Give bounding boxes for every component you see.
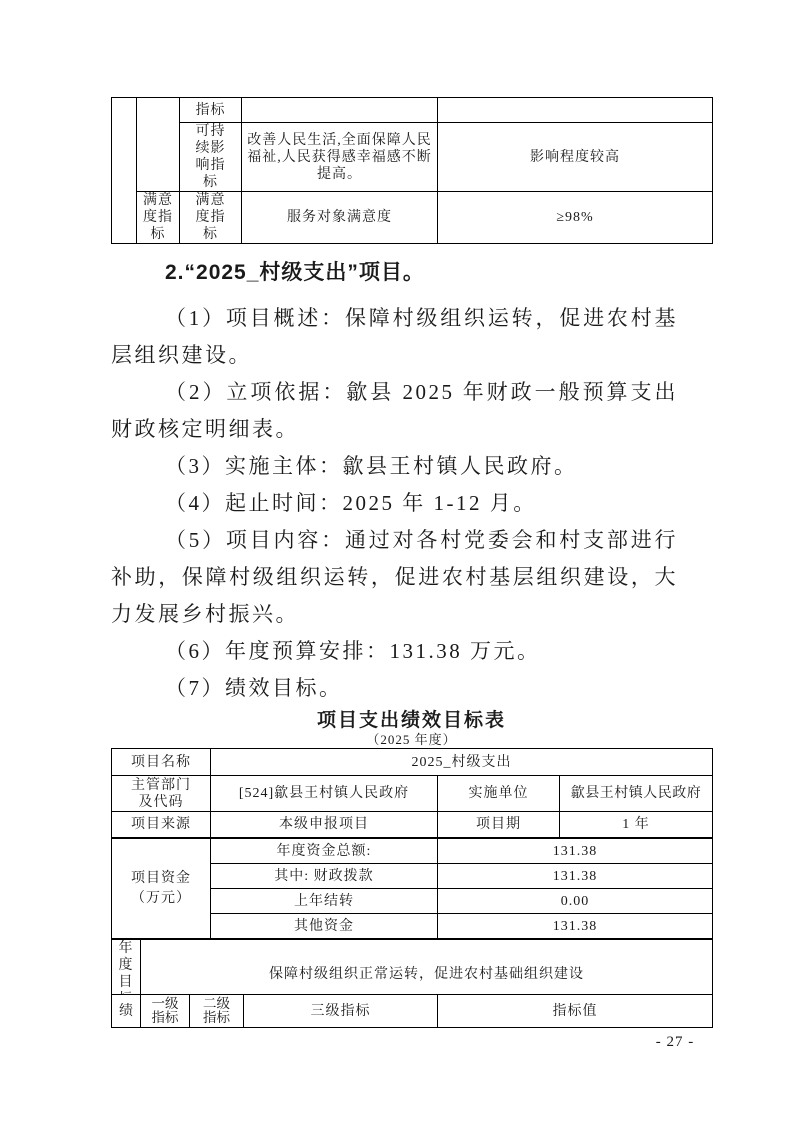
paragraph-performance-goal: （7）绩效目标。 bbox=[111, 670, 678, 707]
t1-left-spacer-cell bbox=[112, 98, 137, 244]
paragraph-project-overview: （1）项目概述：保障村级组织运转，促进农村基层组织建设。 bbox=[111, 300, 678, 374]
funds-total-value-cell: 131.38 bbox=[438, 839, 713, 864]
page-number: - 27 - bbox=[595, 1034, 755, 1051]
funds-other-value-cell: 131.38 bbox=[438, 914, 713, 939]
t1-satisfaction-level2-cell: 满意 度指 标 bbox=[137, 192, 180, 244]
level3-indicator-header-cell: 三级指标 bbox=[244, 995, 438, 1028]
funds-label-cell: 项目资金 （万元） bbox=[112, 839, 211, 939]
department-label-cell: 主管部门 及代码 bbox=[112, 776, 211, 812]
performance-label-cell: 绩 bbox=[112, 995, 141, 1028]
implementing-unit-value-cell: 歙县王村镇人民政府 bbox=[560, 776, 713, 812]
funds-total-label-cell: 年度资金总额: bbox=[211, 839, 438, 864]
t1-sustainability-value-cell: 影响程度较高 bbox=[438, 123, 713, 192]
funds-other-label-cell: 其他资金 bbox=[211, 914, 438, 939]
level2-indicator-header-cell: 二级 指标 bbox=[190, 995, 244, 1028]
project-source-value-cell: 本级申报项目 bbox=[211, 812, 438, 838]
funds-fiscal-label-cell: 其中: 财政拨款 bbox=[211, 864, 438, 889]
project-name-value-cell: 2025_村级支出 bbox=[211, 749, 713, 776]
table-subtitle: （2025 年度） bbox=[111, 729, 712, 748]
t1-satisfaction-value-cell: ≥98% bbox=[438, 192, 713, 244]
t1-empty-content-cell bbox=[242, 98, 438, 123]
funds-carryover-value-cell: 0.00 bbox=[438, 889, 713, 914]
department-value-cell: [524]歙县王村镇人民政府 bbox=[211, 776, 438, 812]
level1-indicator-header-cell: 一级 指标 bbox=[141, 995, 190, 1028]
t1-empty-value-cell bbox=[438, 98, 713, 123]
project-name-label-cell: 项目名称 bbox=[112, 749, 211, 776]
project-period-value-cell: 1 年 bbox=[560, 812, 713, 838]
t1-indicator-tail-cell: 指标 bbox=[180, 98, 242, 123]
project-info-table: 项目名称 2025_村级支出 主管部门 及代码 [524]歙县王村镇人民政府 实… bbox=[111, 748, 713, 838]
t1-satisfaction-level3-cell: 满意 度指 标 bbox=[180, 192, 242, 244]
paragraph-time-period: （4）起止时间：2025 年 1-12 月。 bbox=[111, 485, 678, 522]
funds-carryover-label-cell: 上年结转 bbox=[211, 889, 438, 914]
project-funds-table: 项目资金 （万元） 年度资金总额: 131.38 其中: 财政拨款 131.38… bbox=[111, 838, 713, 939]
funds-fiscal-value-cell: 131.38 bbox=[438, 864, 713, 889]
section-body: （1）项目概述：保障村级组织运转，促进农村基层组织建设。 （2）立项依据：歙县 … bbox=[111, 300, 678, 707]
t1-sustainability-content-cell: 改善人民生活,全面保障人民 福祉,人民获得感幸福感不断 提高。 bbox=[242, 123, 438, 192]
paragraph-project-content: （5）项目内容：通过对各村党委会和村支部进行补助，保障村级组织运转，促进农村基层… bbox=[111, 522, 678, 633]
document-page: 指标 可持 续影 响指 标 改善人民生活,全面保障人民 福祉,人民获得感幸福感不… bbox=[0, 0, 793, 1122]
section-heading: 2.“2025_村级支出”项目。 bbox=[111, 256, 711, 286]
paragraph-implementing-body: （3）实施主体：歙县王村镇人民政府。 bbox=[111, 448, 678, 485]
project-period-label-cell: 项目期 bbox=[438, 812, 560, 838]
indicator-value-header-cell: 指标值 bbox=[438, 995, 713, 1028]
implementing-unit-label-cell: 实施单位 bbox=[438, 776, 560, 812]
paragraph-project-basis: （2）立项依据：歙县 2025 年财政一般预算支出财政核定明细表。 bbox=[111, 374, 678, 448]
t1-level2-empty-cell bbox=[137, 98, 180, 192]
project-source-label-cell: 项目来源 bbox=[112, 812, 211, 838]
performance-indicators-continuation-table: 指标 可持 续影 响指 标 改善人民生活,全面保障人民 福祉,人民获得感幸福感不… bbox=[111, 97, 713, 244]
table-title: 项目支出绩效目标表 bbox=[111, 705, 712, 732]
t1-sustainability-indicator-cell: 可持 续影 响指 标 bbox=[180, 123, 242, 192]
indicator-header-row: 绩 一级 指标 二级 指标 三级指标 指标值 bbox=[111, 994, 713, 1028]
paragraph-annual-budget: （6）年度预算安排：131.38 万元。 bbox=[111, 633, 678, 670]
t1-satisfaction-content-cell: 服务对象满意度 bbox=[242, 192, 438, 244]
